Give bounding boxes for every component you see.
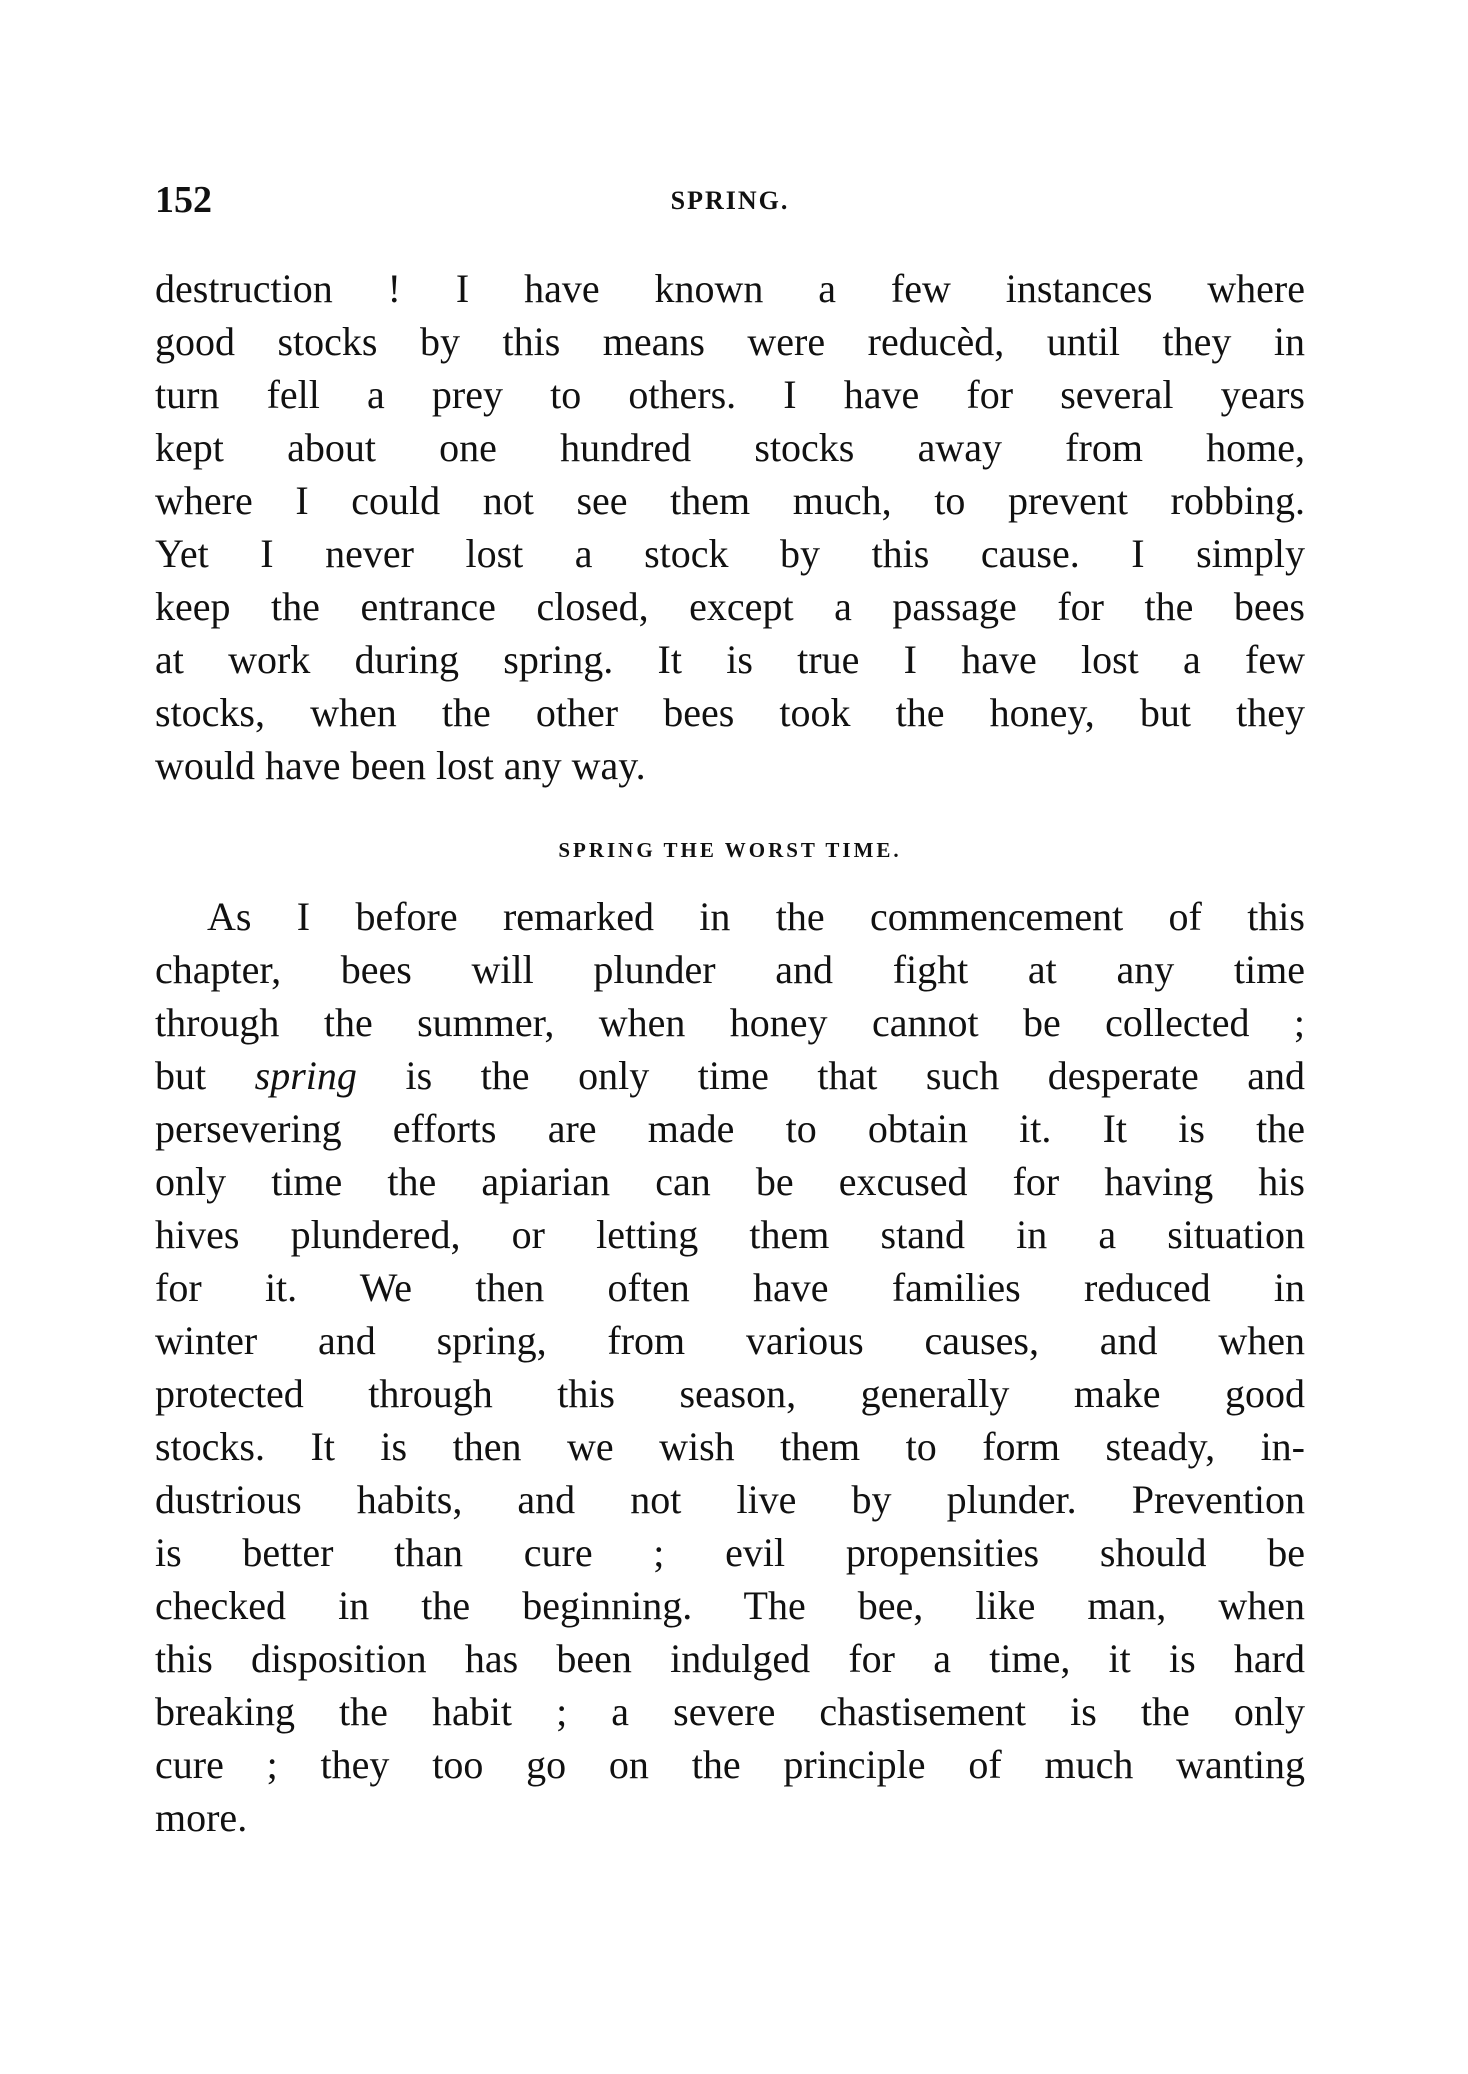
running-head: 152 SPRING.: [155, 178, 1305, 228]
text-line-with-italic: but spring is the only time that such de…: [155, 1049, 1305, 1102]
paragraph-2: As I before remarked in the commencement…: [155, 890, 1305, 1844]
text-fragment: but: [155, 1053, 206, 1098]
text-line: kept about one hundred stocks away from …: [155, 421, 1305, 474]
text-line: for it. We then often have families redu…: [155, 1261, 1305, 1314]
text-line: winter and spring, from various causes, …: [155, 1314, 1305, 1367]
italic-word: spring: [255, 1053, 357, 1098]
paragraph-1: destruction ! I have known a few instanc…: [155, 262, 1305, 792]
section-heading: SPRING THE WORST TIME.: [155, 838, 1305, 863]
text-line: good stocks by this means were reducèd, …: [155, 315, 1305, 368]
text-line: chapter, bees will plunder and fight at …: [155, 943, 1305, 996]
text-line: destruction ! I have known a few instanc…: [155, 262, 1305, 315]
text-line: protected through this season, generally…: [155, 1367, 1305, 1420]
text-line: persevering efforts are made to obtain i…: [155, 1102, 1305, 1155]
text-line: is better than cure ; evil propensities …: [155, 1526, 1305, 1579]
text-line: through the summer, when honey cannot be…: [155, 996, 1305, 1049]
text-line: Yet I never lost a stock by this cause. …: [155, 527, 1305, 580]
text-line: more.: [155, 1791, 1305, 1844]
text-line: keep the entrance closed, except a passa…: [155, 580, 1305, 633]
text-line: would have been lost any way.: [155, 739, 1305, 792]
text-line: dustrious habits, and not live by plunde…: [155, 1473, 1305, 1526]
text-line: this disposition has been indulged for a…: [155, 1632, 1305, 1685]
text-line: turn fell a prey to others. I have for s…: [155, 368, 1305, 421]
text-line: stocks, when the other bees took the hon…: [155, 686, 1305, 739]
text-line: cure ; they too go on the principle of m…: [155, 1738, 1305, 1791]
text-line: breaking the habit ; a severe chastiseme…: [155, 1685, 1305, 1738]
text-line: only time the apiarian can be excused fo…: [155, 1155, 1305, 1208]
text-line: stocks. It is then we wish them to form …: [155, 1420, 1305, 1473]
book-page: 152 SPRING. destruction ! I have known a…: [0, 0, 1468, 2074]
text-line: checked in the beginning. The bee, like …: [155, 1579, 1305, 1632]
running-title: SPRING.: [155, 186, 1305, 216]
text-line: at work during spring. It is true I have…: [155, 633, 1305, 686]
text-line: where I could not see them much, to prev…: [155, 474, 1305, 527]
text-line: hives plundered, or letting them stand i…: [155, 1208, 1305, 1261]
text-line: As I before remarked in the commencement…: [155, 890, 1305, 943]
text-fragment: is the only time that such desperate and: [405, 1053, 1305, 1098]
